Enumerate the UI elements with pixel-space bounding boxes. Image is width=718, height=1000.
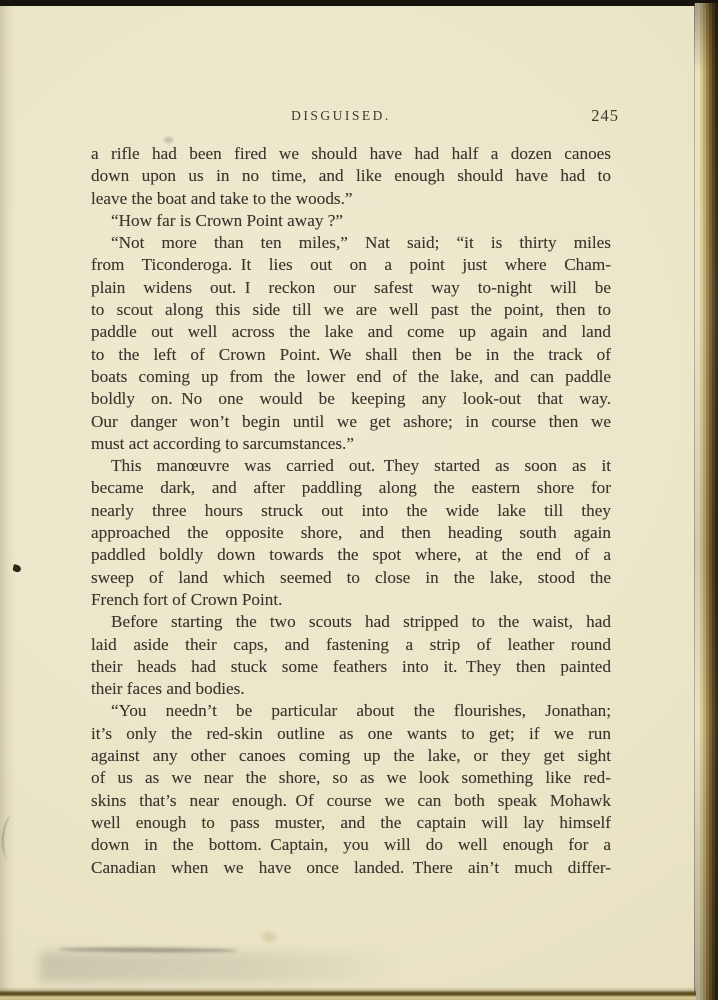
text-line: to scout along this side till we are wel… xyxy=(91,299,611,321)
text-line: “Not more than ten miles,” Nat said; “it… xyxy=(91,232,611,254)
text-line: their heads had stuck some feathers into… xyxy=(91,656,611,678)
text-line: down in the bottom. Captain, you will do… xyxy=(91,834,611,856)
text-line: boldly on. No one would be keeping any l… xyxy=(91,388,611,410)
text-line: leave the boat and take to the woods.” xyxy=(91,188,611,210)
text-line: sweep of land which seemed to close in t… xyxy=(91,567,611,589)
paper-stain xyxy=(262,932,276,942)
text-line: it’s only the red-skin outline as one wa… xyxy=(91,723,611,745)
text-line: plain widens out. I reckon our safest wa… xyxy=(91,277,611,299)
text-line: of us as we near the shore, so as we loo… xyxy=(91,767,611,789)
text-line: Our danger won’t begin until we get asho… xyxy=(91,411,611,433)
scan-background-top-strip xyxy=(0,0,718,6)
text-line: against any other canoes coming up the l… xyxy=(91,745,611,767)
scan-smudge-soft xyxy=(40,952,400,982)
text-line: from Ticonderoga. It lies out on a point… xyxy=(91,254,611,276)
text-line: well enough to pass muster, and the capt… xyxy=(91,812,611,834)
text-line: “How far is Crown Point away ?” xyxy=(91,210,611,232)
text-line: Before starting the two scouts had strip… xyxy=(91,611,611,633)
text-line: their faces and bodies. xyxy=(91,678,611,700)
text-line: to the left of Crown Point. We shall the… xyxy=(91,344,611,366)
book-page-edge-bottom xyxy=(0,987,696,1000)
text-line: laid aside their caps, and fastening a s… xyxy=(91,634,611,656)
book-stacked-page-edges-right xyxy=(694,3,718,1000)
page-body-text: a rifle had been fired we should have ha… xyxy=(91,143,611,879)
text-line: became dark, and after paddling along th… xyxy=(91,477,611,499)
text-line: must act according to sarcumstances.” xyxy=(91,433,611,455)
text-line: Canadian when we have once landed. There… xyxy=(91,857,611,879)
text-line: skins that’s near enough. Of course we c… xyxy=(91,790,611,812)
text-line: French fort of Crown Point. xyxy=(91,589,611,611)
text-line: nearly three hours struck out into the w… xyxy=(91,500,611,522)
text-line: approached the opposite shore, and then … xyxy=(91,522,611,544)
scanned-book-page: DISGUISED. 245 a rifle had been fired we… xyxy=(0,0,718,1000)
text-line: boats coming up from the lower end of th… xyxy=(91,366,611,388)
text-line: down upon us in no time, and like enough… xyxy=(91,165,611,187)
page-header: DISGUISED. 245 xyxy=(91,108,611,128)
text-line: paddled boldly down towards the spot whe… xyxy=(91,544,611,566)
text-line: a rifle had been fired we should have ha… xyxy=(91,143,611,165)
text-line: “You needn’t be particular about the flo… xyxy=(91,700,611,722)
text-line: This manœuvre was carried out. They star… xyxy=(91,455,611,477)
text-line: paddle out well across the lake and come… xyxy=(91,321,611,343)
running-header-title: DISGUISED. xyxy=(81,108,601,124)
page-number: 245 xyxy=(591,106,619,126)
